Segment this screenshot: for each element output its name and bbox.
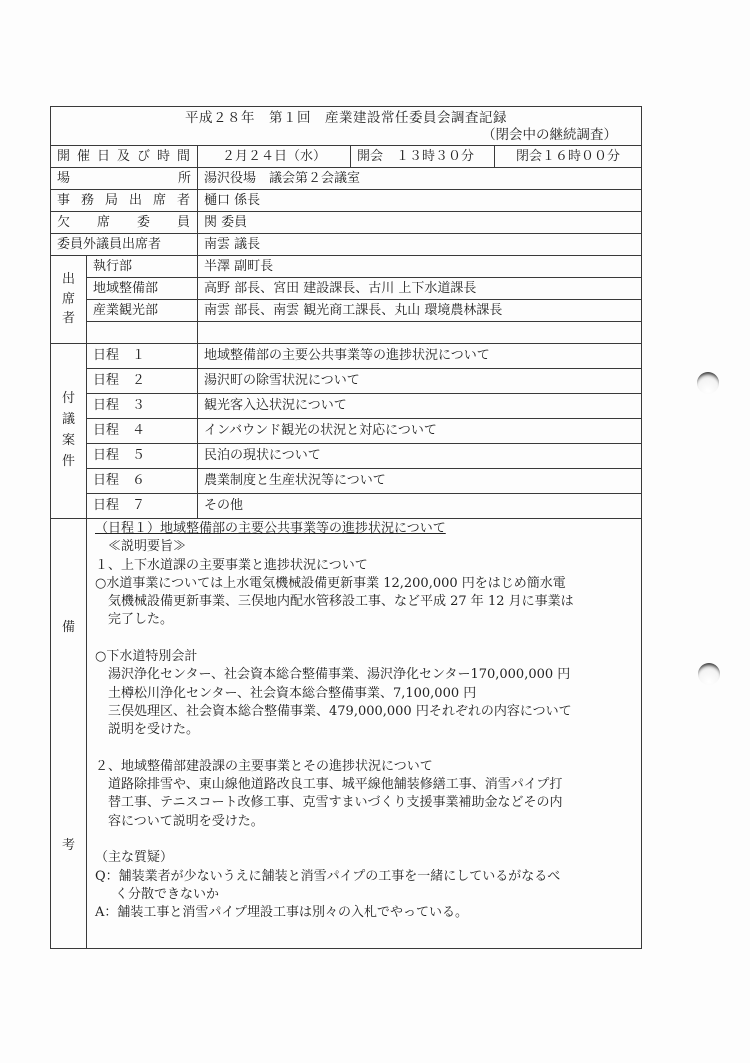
water-line-1: ○水道事業については上水電気機械設備更新事業 12,200,000 円をはじめ簡… <box>95 575 635 593</box>
agenda-item-number: 日程 ７ <box>87 494 198 519</box>
agenda-item-number: 日程 １ <box>87 344 198 369</box>
section2-title: ２、地域整備部建設課の主要事業とその進捗状況について <box>95 758 635 776</box>
agenda-item-topic: 湯沢町の除雪状況について <box>198 369 642 394</box>
absent-value: 関 委員 <box>198 212 642 234</box>
agenda-item-topic: インバウンド観光の状況と対応について <box>198 419 642 444</box>
non-member-label: 委員外議員出席者 <box>57 236 191 254</box>
answer-line-1: A：舗装工事と消雪パイプ埋設工事は別々の入札でやっている。 <box>95 904 635 922</box>
absent-label: 欠席委員 <box>57 214 191 232</box>
summary-label: ≪説明要旨≫ <box>95 538 635 556</box>
attendee-department: 執行部 <box>87 256 198 278</box>
secretariat-value: 樋口 係長 <box>198 190 642 212</box>
attendee-members: 南雲 部長、南雲 観光商工課長、丸山 環境農林課長 <box>198 300 642 322</box>
agenda-item-number: 日程 ５ <box>87 444 198 469</box>
construction-line-2: 替工事、テニスコート改修工事、克雪すまいづくり支援事業補助金などその内 <box>95 794 635 812</box>
attendee-department: 産業観光部 <box>87 300 198 322</box>
attendees-label-char-2: 席 <box>62 290 75 310</box>
open-time: 開会 １３時３０分 <box>351 146 495 168</box>
attendee-members-blank <box>198 322 642 344</box>
attendee-members: 半澤 副町長 <box>198 256 642 278</box>
secretariat-label: 事務局出席者 <box>57 192 191 210</box>
place-label-right: 所 <box>178 170 191 188</box>
sewer-line-2: 土樽松川浄化センター、社会資本総合整備事業、7,100,000 円 <box>95 685 635 703</box>
attendee-department: 地域整備部 <box>87 278 198 300</box>
agenda-item-topic: 観光客入込状況について <box>198 394 642 419</box>
blank-line <box>95 740 635 758</box>
remarks-label-bottom: 考 <box>51 837 86 855</box>
section1-title: １、上下水道課の主要事業と進捗状況について <box>95 557 635 575</box>
agenda-label-char-1: 付 <box>62 389 75 410</box>
close-time: 閉会１６時００分 <box>495 146 642 168</box>
agenda-item-number: 日程 ３ <box>87 394 198 419</box>
remarks-content: （日程１）地域整備部の主要公共事業等の進捗状況について ≪説明要旨≫ １、上下水… <box>87 519 642 949</box>
title-cell: 平成２８年 第１回 産業建設常任委員会調査記録 （閉会中の継続調査） <box>51 107 642 146</box>
construction-line-3: 容について説明を受けた。 <box>95 813 635 831</box>
agenda-item-topic: 農業制度と生産状況等について <box>198 469 642 494</box>
sewer-line-4: 説明を受けた。 <box>95 721 635 739</box>
agenda-label-char-3: 案 <box>62 431 75 452</box>
non-member-label-cell: 委員外議員出席者 <box>51 234 198 256</box>
sewer-line-1: 湯沢浄化センター、社会資本総合整備事業、湯沢浄化センター170,000,000 … <box>95 666 635 684</box>
agenda-item-number: 日程 ２ <box>87 369 198 394</box>
remarks-side-label: 備 考 <box>51 519 87 949</box>
water-line-3: 完了した。 <box>95 611 635 629</box>
agenda-item-number: 日程 ６ <box>87 469 198 494</box>
water-line-2: 気機械設備更新事業、三俣地内配水管移設工事、など平成 27 年 12 月に事業は <box>95 593 635 611</box>
place-label-cell: 場 所 <box>51 168 198 190</box>
qa-label: （主な質疑） <box>95 849 635 867</box>
sewer-title: ○下水道特別会計 <box>95 648 635 666</box>
sewer-line-3: 三俣処理区、社会資本総合整備事業、479,000,000 円それぞれの内容につい… <box>95 703 635 721</box>
date-value: ２月２４日（水） <box>198 146 351 168</box>
document-title: 平成２８年 第１回 産業建設常任委員会調査記録 <box>51 109 641 127</box>
question-line-1: Q：舗装業者が少ないうえに舗装と消雪パイプの工事を一緒にしているがなるべ <box>95 868 635 886</box>
place-value: 湯沢役場 議会第２会議室 <box>198 168 642 190</box>
non-member-value: 南雲 議長 <box>198 234 642 256</box>
date-label-cell: 開催日及び時間 <box>51 146 198 168</box>
absent-label-cell: 欠席委員 <box>51 212 198 234</box>
agenda-item-topic: 民泊の現状について <box>198 444 642 469</box>
remarks-label-top: 備 <box>51 619 86 637</box>
agenda-label-char-2: 議 <box>62 410 75 431</box>
date-label: 開催日及び時間 <box>57 148 191 166</box>
scanned-page: 平成２８年 第１回 産業建設常任委員会調査記録 （閉会中の継続調査） 開催日及び… <box>0 0 750 1063</box>
attendees-label-char-3: 者 <box>62 309 75 329</box>
agenda-label-char-4: 件 <box>62 452 75 473</box>
attendee-department-blank <box>87 322 198 344</box>
agenda-section-label: 付 議 案 件 <box>51 344 87 519</box>
committee-record-table: 平成２８年 第１回 産業建設常任委員会調査記録 （閉会中の継続調査） 開催日及び… <box>50 106 642 949</box>
agenda-item-topic: その他 <box>198 494 642 519</box>
attendees-label-char-1: 出 <box>62 270 75 290</box>
punch-hole-upper <box>697 372 719 394</box>
construction-line-1: 道路除排雪や、東山線他道路改良工事、城平線他舗装修繕工事、消雪パイプ打 <box>95 776 635 794</box>
document-subtitle: （閉会中の継続調査） <box>482 126 617 144</box>
agenda-item-topic: 地域整備部の主要公共事業等の進捗状況について <box>198 344 642 369</box>
remarks-heading: （日程１）地域整備部の主要公共事業等の進捗状況について <box>95 520 635 538</box>
agenda-item-number: 日程 ４ <box>87 419 198 444</box>
attendees-section-label: 出 席 者 <box>51 256 87 344</box>
punch-hole-lower <box>698 663 720 685</box>
place-label-left: 場 <box>57 170 70 188</box>
blank-line <box>95 831 635 849</box>
blank-line <box>95 630 635 648</box>
question-line-2: く分散できないか <box>95 886 635 904</box>
attendee-members: 高野 部長、宮田 建設課長、古川 上下水道課長 <box>198 278 642 300</box>
secretariat-label-cell: 事務局出席者 <box>51 190 198 212</box>
